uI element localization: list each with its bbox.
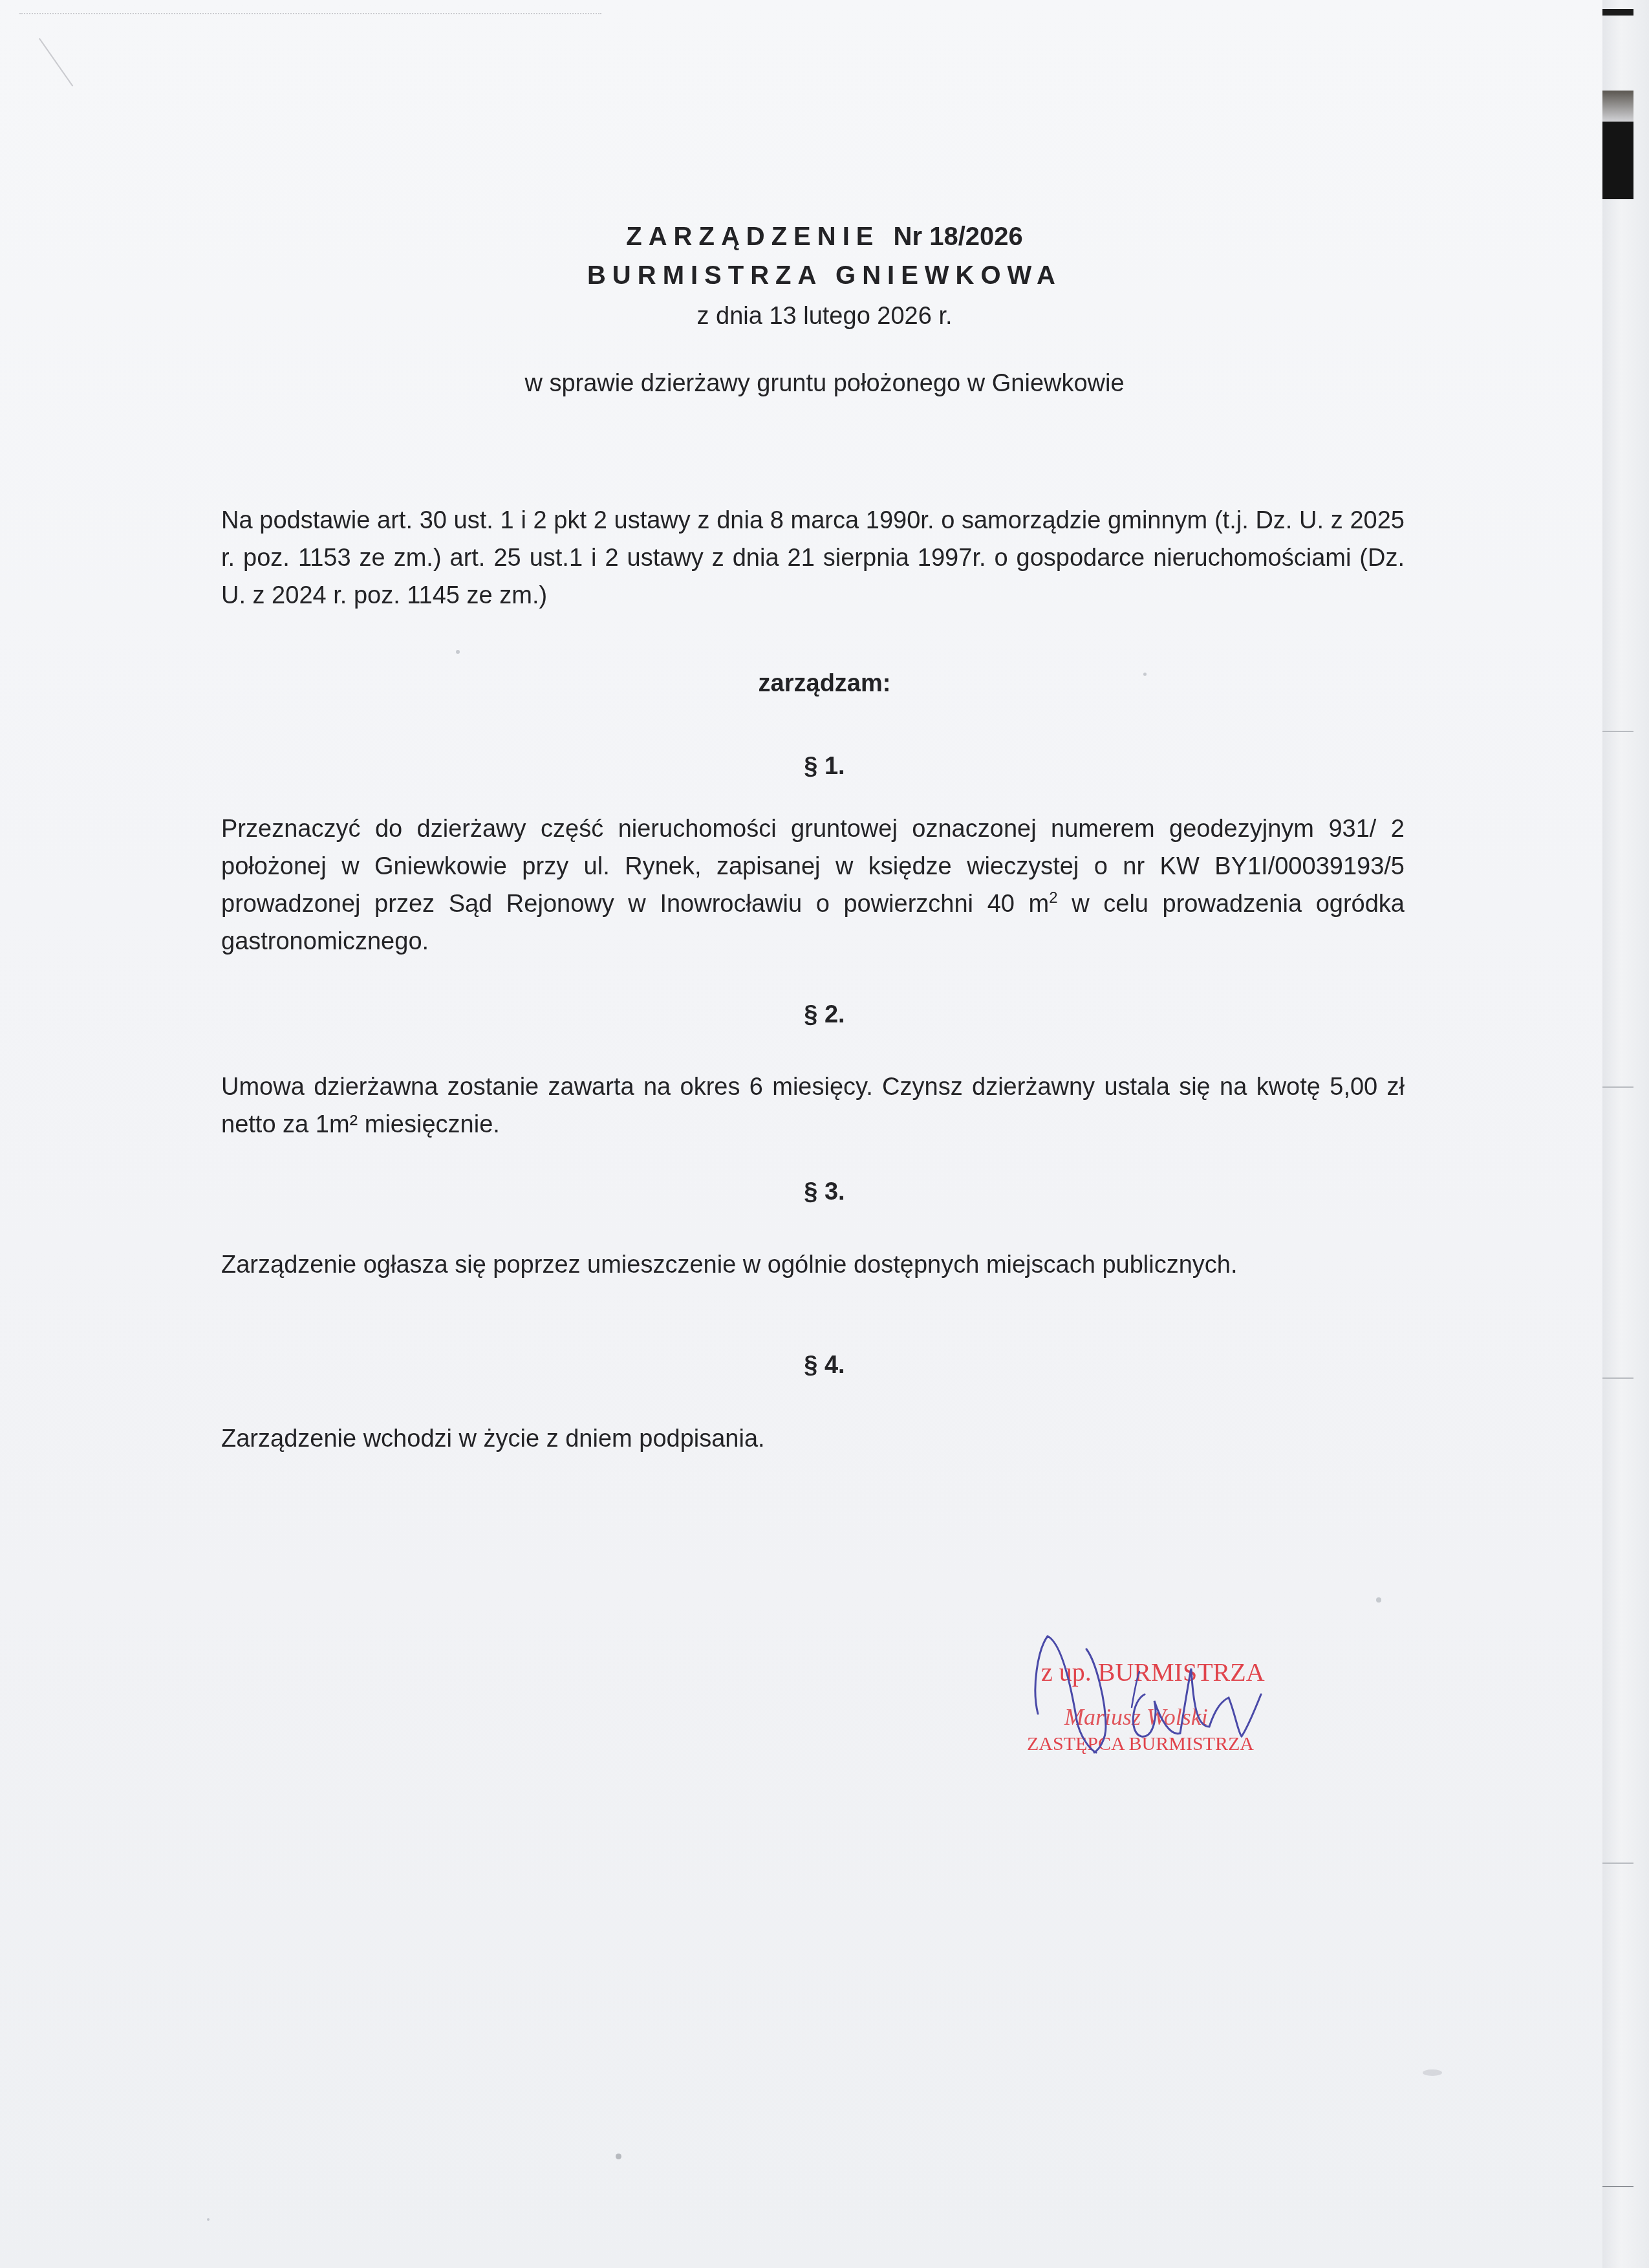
stamp-signatory-name: Mariusz Wolski — [1064, 1703, 1208, 1731]
section-1-label: § 1. — [0, 753, 1649, 781]
section-1-text: Przeznaczyć do dzierżawy część nieruchom… — [221, 810, 1405, 960]
scanner-edge-block — [1602, 122, 1633, 199]
section-3-label: § 3. — [0, 1178, 1649, 1206]
stamp-signatory-role: ZASTĘPCA BURMISTRZA — [1027, 1733, 1254, 1755]
official-stamp: z up. BURMISTRZA Mariusz Wolski ZASTĘPCA… — [1022, 1643, 1306, 1785]
scanner-line — [1602, 1377, 1633, 1379]
scanner-line — [1602, 1086, 1633, 1088]
document-date: z dnia 13 lutego 2026 r. — [0, 303, 1649, 330]
scanner-line — [1602, 2186, 1633, 2187]
scanner-line — [1602, 1863, 1633, 1864]
scanner-edge-dark — [1602, 9, 1633, 16]
section-2-label: § 2. — [0, 1001, 1649, 1029]
legal-basis-paragraph: Na podstawie art. 30 ust. 1 i 2 pkt 2 us… — [221, 502, 1405, 614]
area-unit-superscript: 2 — [1049, 889, 1057, 907]
scanner-line — [1602, 731, 1633, 732]
scanned-page: ZARZĄDZENIE Nr 18/2026 BURMISTRZA GNIEWK… — [0, 0, 1602, 2268]
scan-speck — [207, 2218, 210, 2221]
document-title: ZARZĄDZENIE Nr 18/2026 — [0, 222, 1649, 252]
scan-speck — [616, 2154, 621, 2159]
document-number: Nr 18/2026 — [894, 222, 1023, 251]
section-4-text: Zarządzenie wchodzi w życie z dniem podp… — [221, 1420, 1405, 1458]
scanner-edge-band — [1602, 91, 1633, 123]
scanner-background-strip — [1602, 0, 1649, 2268]
stamp-authorization-line: z up. BURMISTRZA — [1041, 1657, 1265, 1687]
issuing-authority: BURMISTRZA GNIEWKOWA — [0, 261, 1649, 290]
scan-speck — [456, 650, 460, 654]
title-word: ZARZĄDZENIE — [626, 222, 879, 251]
section-3-text: Zarządzenie ogłasza się poprzez umieszcz… — [221, 1246, 1405, 1284]
section-2-text: Umowa dzierżawna zostanie zawarta na okr… — [221, 1068, 1405, 1143]
section-4-label: § 4. — [0, 1352, 1649, 1379]
scan-speck — [1423, 2069, 1442, 2076]
scan-speck — [1376, 1597, 1381, 1603]
decree-heading: zarządzam: — [0, 670, 1649, 698]
scan-artifact-marks — [19, 13, 601, 40]
document-subject: w sprawie dzierżawy gruntu położonego w … — [0, 370, 1649, 398]
